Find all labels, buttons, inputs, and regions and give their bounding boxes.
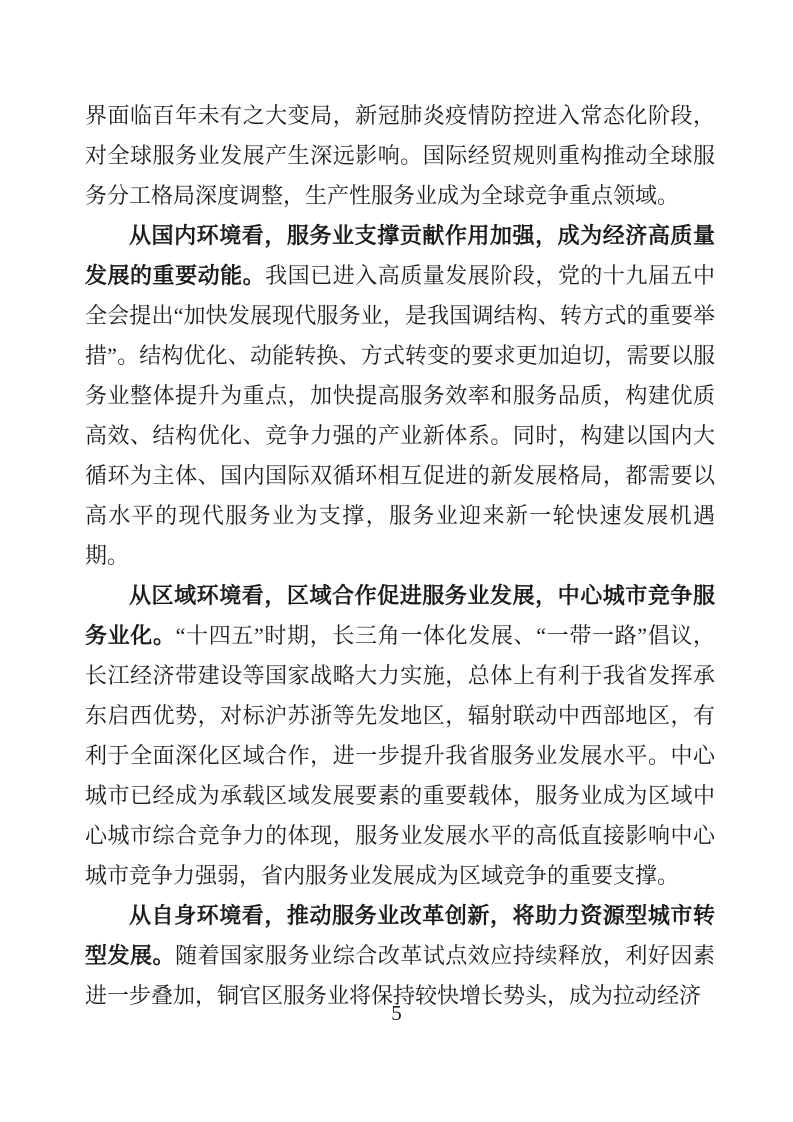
paragraph-regional-environment: 从区域环境看，区域合作促进服务业发展，中心城市竞争服务业化。“十四五”时期，长三… xyxy=(85,576,715,896)
paragraph-text: 界面临百年未有之大变局，新冠肺炎疫情防控进入常态化阶段，对全球服务业发展产生深远… xyxy=(85,103,715,208)
paragraph-self-environment: 从自身环境看，推动服务业改革创新，将助力资源型城市转型发展。随着国家服务业综合改… xyxy=(85,896,715,1016)
paragraph-domestic-environment: 从国内环境看，服务业支撑贡献作用加强，成为经济高质量发展的重要动能。我国已进入高… xyxy=(85,216,715,576)
paragraph-continuation: 界面临百年未有之大变局，新冠肺炎疫情防控进入常态化阶段，对全球服务业发展产生深远… xyxy=(85,96,715,216)
document-body: 界面临百年未有之大变局，新冠肺炎疫情防控进入常态化阶段，对全球服务业发展产生深远… xyxy=(85,96,715,1016)
paragraph-text: 随着国家服务业综合改革试点效应持续释放，利好因素进一步叠加，铜官区服务业将保持较… xyxy=(85,943,715,1008)
page-footer: 5 xyxy=(0,1000,793,1026)
paragraph-text: 我国已进入高质量发展阶段，党的十九届五中全会提出“加快发展现代服务业，是我国调结… xyxy=(85,263,715,568)
document-page: 界面临百年未有之大变局，新冠肺炎疫情防控进入常态化阶段，对全球服务业发展产生深远… xyxy=(0,0,793,1122)
page-number: 5 xyxy=(391,1001,402,1025)
paragraph-text: “十四五”时期，长三角一体化发展、“一带一路”倡议，长江经济带建设等国家战略大力… xyxy=(85,623,715,888)
